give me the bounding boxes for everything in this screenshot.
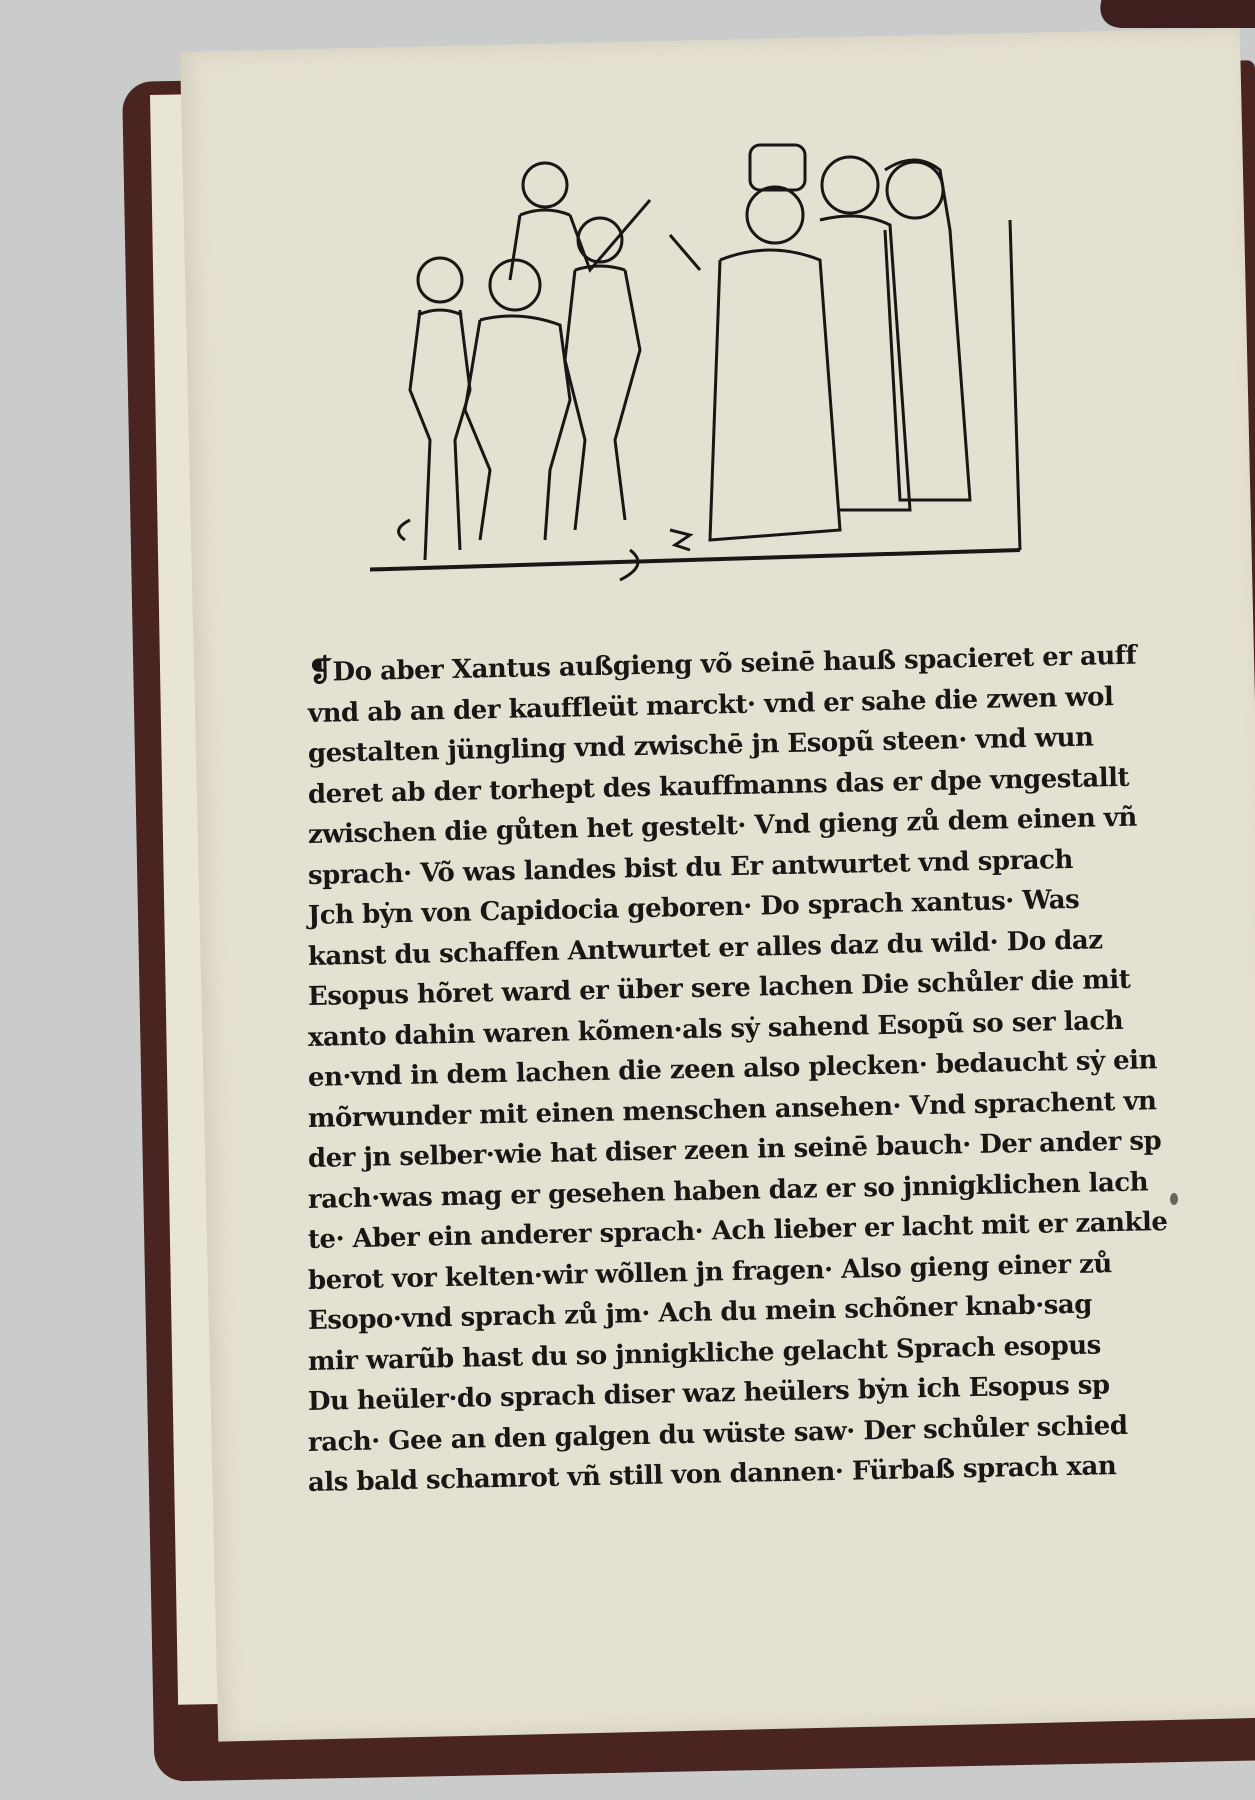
figure-aesop — [465, 260, 570, 540]
woodcut-illustration — [370, 140, 1030, 640]
ink-spot — [1170, 1193, 1178, 1205]
figure-xanthus — [670, 145, 840, 540]
figure-youth-3 — [565, 218, 640, 530]
book-cover-top-edge — [1083, 0, 1255, 28]
page-text-block: ❡Do aber Xantus außgieng võ seinē hauß s… — [308, 652, 1108, 1504]
figure-youth-2 — [510, 163, 650, 280]
figure-youth-1 — [410, 258, 470, 560]
paragraph-mark: ❡ — [308, 653, 333, 689]
